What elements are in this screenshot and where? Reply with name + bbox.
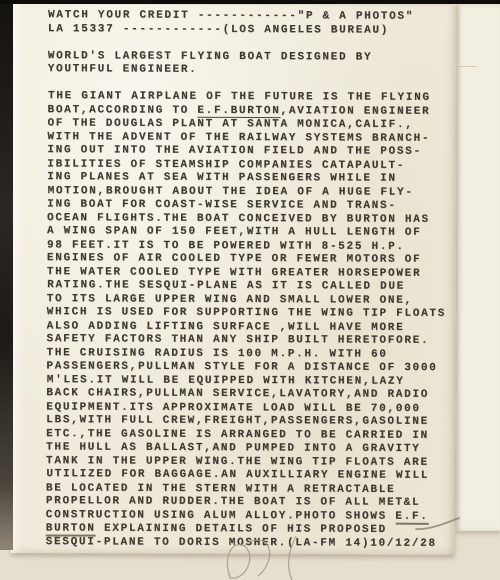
caption-sheet: WATCH YOUR CREDIT ------------"P & A PHO…	[11, 4, 457, 555]
caption-line: THE HULL AS BALLAST,AND PUMPED INTO A GR…	[46, 441, 452, 456]
caption-line: 98 FEET.IT IS TO BE POWERED WITH 8-525 H…	[47, 239, 453, 254]
scan-edge-left	[0, 0, 13, 550]
caption-line: BACK CHAIRS,PULLMAN SERVICE,LAVATORY,AND…	[46, 387, 452, 402]
caption-line: MOTION,BROUGHT ABOUT THE IDEA OF A HUGE …	[48, 185, 454, 200]
caption-line: LA 15337 ------------(LOS ANGELES BUREAU…	[48, 23, 454, 38]
pencil-squiggle-mark	[200, 536, 350, 580]
caption-line: THE GIANT AIRPLANE OF THE FUTURE IS THE …	[48, 90, 454, 105]
caption-line: YOUTHFUL ENGINEER.	[48, 63, 454, 78]
caption-line: WHICH IS USED FOR SUPPORTING THE WING TI…	[47, 306, 453, 321]
caption-line: SAFETY FACTORS THAN ANY SHIP BUILT HERET…	[47, 333, 453, 348]
pencil-flourish-mark	[414, 516, 462, 537]
caption-line: ING OUT INTO THE AVIATION FIELD AND THE …	[47, 144, 453, 159]
caption-line: PROPELLOR AND RUDDER.THE BOAT IS OF ALL …	[46, 495, 452, 510]
scanned-press-caption: WATCH YOUR CREDIT ------------"P & A PHO…	[0, 0, 500, 580]
pencil-underlined-text: BURTON	[46, 522, 96, 536]
caption-line: BE LOCATED IN THE STERN WITH A RETRACTAB…	[46, 482, 452, 497]
caption-line: LBS,WITH FULL CREW,FREIGHT,PASSENGERS,GA…	[46, 414, 452, 429]
caption-line: ETC.,THE GASOLINE IS ARRANGED TO BE CARR…	[46, 428, 452, 443]
caption-line: OF THE DOUGLAS PLANT AT SANTA MONICA,CAL…	[47, 117, 453, 132]
caption-line: IBILITIES OF STEAMSHIP COMPANIES CATAPAU…	[47, 158, 453, 173]
caption-line: THE CRUISING RADIUS IS 100 M.P.H. WITH 6…	[46, 347, 452, 362]
caption-line: EQUIPMENT.ITS APPROXIMATE LOAD WILL BE 7…	[46, 401, 452, 416]
caption-line: CONSTRUCTION USING ALUM ALLOY.PHOTO SHOW…	[46, 509, 452, 524]
caption-text: WATCH YOUR CREDIT ------------"P & A PHO…	[46, 9, 454, 551]
typed-underlined-text: E.F.BURTON	[197, 104, 280, 117]
caption-line: BOAT,ACCORDING TO E.F.BURTON,AVIATION EN…	[48, 104, 454, 119]
caption-line: ALSO ADDING LIFTING SURFACE ,WILL HAVE M…	[47, 320, 453, 335]
scan-edge-top	[0, 0, 500, 4]
caption-line: ENGINES OF AIR COOLED TYPE OR FEWER MOTO…	[47, 252, 453, 267]
caption-line: A WING SPAN OF 150 FEET,WITH A HULL LENG…	[47, 225, 453, 240]
backing-sheet	[456, 4, 500, 531]
caption-line: WATCH YOUR CREDIT ------------"P & A PHO…	[48, 9, 454, 24]
caption-line	[48, 36, 454, 51]
backing-sheet-corner-notch	[456, 66, 477, 67]
caption-line: ING BOAT FOR COAST-WISE SERVICE AND TRAN…	[47, 198, 453, 213]
caption-line: M'LES.IT WILL BE EQUIPPED WITH KITCHEN,L…	[47, 374, 453, 389]
caption-line: UTILIZED FOR BAGGAGE.AN AUXILLIARY ENGIN…	[46, 468, 452, 483]
caption-line: RATING.THE SESQUI-PLANE AS IT IS CALLED …	[47, 279, 453, 294]
